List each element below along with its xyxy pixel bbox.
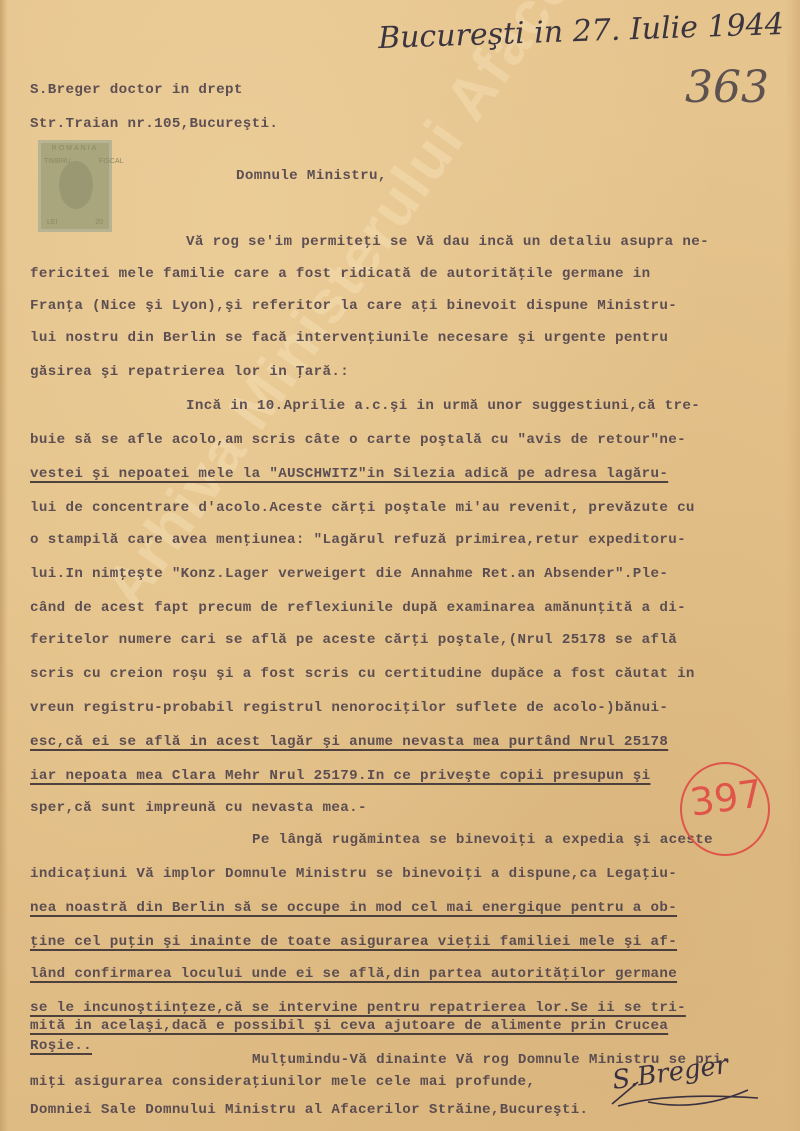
sender-address: Str.Traian nr.105,Bucureşti.: [30, 116, 278, 132]
body-line: Vă rog se'im permiteţi se Vă dau incă un…: [186, 234, 709, 250]
body-line-underlined: ţine cel puţin şi inainte de toate asigu…: [30, 934, 677, 950]
body-line: Incă in 10.Aprilie a.c.şi in urmă unor s…: [186, 398, 700, 414]
sender-name: S.Breger doctor in drept: [30, 82, 243, 98]
body-line: lui de concentrare d'acolo.Aceste cărţi …: [30, 500, 695, 516]
body-line-underlined: vestei şi nepoatei mele la "AUSCHWITZ"in…: [30, 466, 668, 482]
body-line-underlined: iar nepoata mea Clara Mehr Nrul 25179.In…: [30, 768, 650, 784]
body-line-underlined: esc,că ei se află in acest lagăr şi anum…: [30, 734, 668, 750]
body-line: o stampilă care avea menţiunea: "Lagărul…: [30, 532, 686, 548]
stamp-country: ROMANIA: [41, 145, 109, 152]
body-line-underlined: lând confirmarea locului unde ei se află…: [30, 966, 677, 982]
fiscal-stamp: ROMANIA TIMBRU FISCAL LEI 20: [38, 140, 112, 232]
stamp-right-label: FISCAL: [99, 157, 106, 166]
body-line: indicaţiuni Vă implor Domnule Ministru s…: [30, 866, 677, 882]
body-line-underlined: mită in acelaşi,dacă e possibil şi ceva …: [30, 1018, 668, 1034]
body-line: fericitei mele familie care a fost ridic…: [30, 266, 650, 282]
body-line-underlined: nea noastră din Berlin să se occupe in m…: [30, 900, 677, 916]
stamp-portrait: [59, 161, 93, 209]
stamp-value: 20: [95, 219, 103, 226]
body-line: vreun registru-probabil registrul nenoro…: [30, 700, 668, 716]
body-line: Pe lângă rugămintea se binevoiţi a exped…: [252, 832, 713, 848]
stamp-left-label: TIMBRU: [44, 157, 51, 166]
body-line: Franţa (Nice şi Lyon),şi referitor la ca…: [30, 298, 677, 314]
closing-line: miţi asigurarea consideraţiunilor mele c…: [30, 1074, 535, 1090]
body-line: lui nostru din Berlin se facă intervenţi…: [30, 330, 668, 346]
salutation: Domnule Ministru,: [236, 168, 387, 184]
page-edge-right: [786, 0, 800, 1131]
body-line: găsirea şi repatrierea lor in Ţară.:: [30, 364, 349, 380]
stamp-currency: LEI: [47, 219, 58, 226]
body-line: sper,că sunt impreună cu nevasta mea.-: [30, 800, 367, 816]
body-line: lui.In nimţeşte "Konz.Lager verweigert d…: [30, 566, 668, 582]
body-line: buie să se afle acolo,am scris câte o ca…: [30, 432, 686, 448]
body-line: când de acest fapt precum de reflexiunil…: [30, 600, 686, 616]
page-edge-left: [0, 0, 8, 1131]
addressee-line: Domniei Sale Domnului Ministru al Afacer…: [30, 1102, 588, 1118]
body-line-underlined: se le incunoştiinţeze,că se intervine pe…: [30, 1000, 686, 1016]
body-line: scris cu creion roşu şi a fost scris cu …: [30, 666, 695, 682]
body-line: feritelor numere cari se află pe aceste …: [30, 632, 677, 648]
body-line-underlined: Roşie..: [30, 1038, 92, 1054]
folio-number: 363: [685, 62, 769, 113]
